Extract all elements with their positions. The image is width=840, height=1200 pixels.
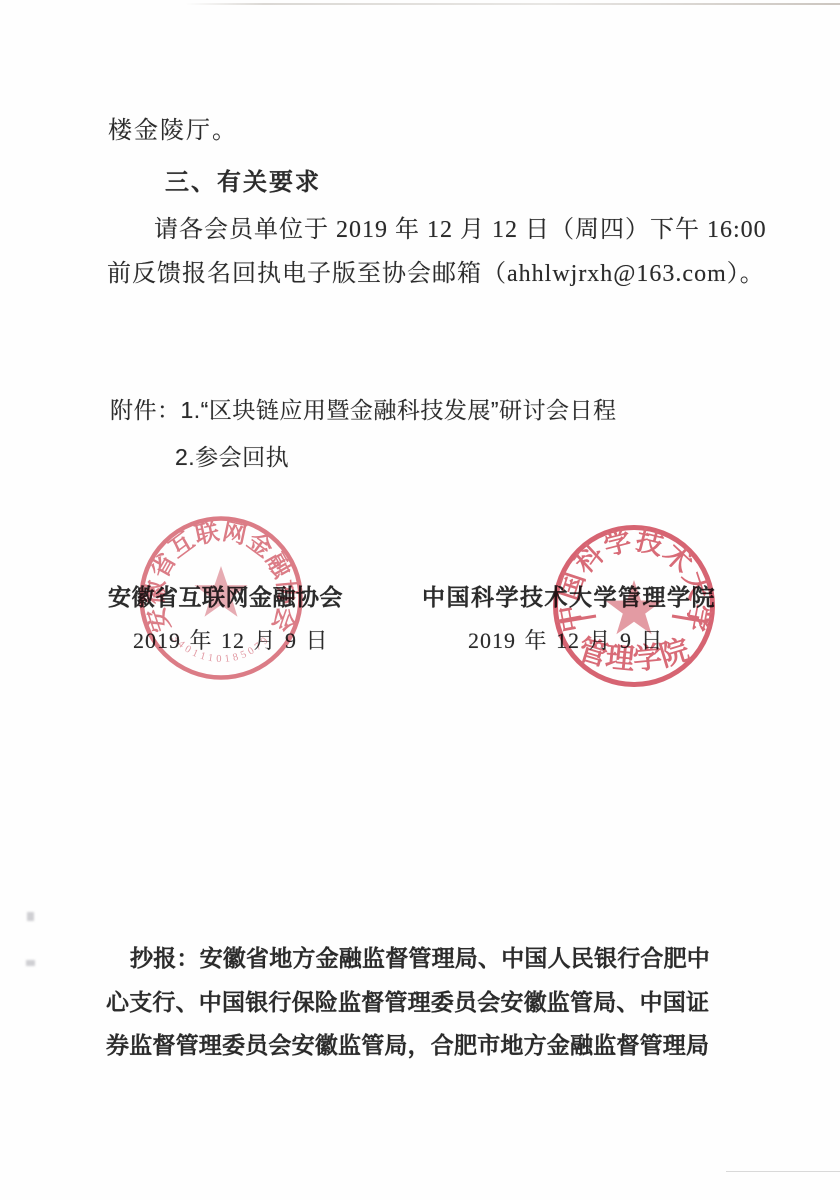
seal-star-icon bbox=[606, 580, 663, 634]
scan-line-artifact bbox=[726, 1171, 840, 1172]
attachment-line-2: 2.参会回执 bbox=[175, 443, 289, 472]
paragraph-line-2: 前反馈报名回执电子版至协会邮箱（ahhlwjrxh@163.com）。 bbox=[107, 259, 765, 289]
scan-speck-artifact bbox=[26, 960, 35, 966]
paragraph-tail-line: 楼金陵厅。 bbox=[108, 116, 238, 146]
cc-line-3: 券监督管理委员会安徽监管局，合肥市地方金融监督管理局 bbox=[106, 1031, 709, 1060]
cc-line-1: 抄报：安徽省地方金融监督管理局、中国人民银行合肥中 bbox=[130, 944, 710, 973]
paragraph-line-1: 请各会员单位于 2019 年 12 月 12 日（周四）下午 16:00 bbox=[154, 215, 767, 245]
scan-line-artifact bbox=[185, 3, 840, 5]
seal-star-icon bbox=[194, 566, 247, 617]
scan-speck-artifact bbox=[27, 912, 34, 921]
cc-line-2: 心支行、中国银行保险监督管理委员会安徽监管局、中国证 bbox=[106, 988, 709, 1017]
scanned-document-page: 楼金陵厅。 三、有关要求 请各会员单位于 2019 年 12 月 12 日（周四… bbox=[0, 0, 840, 1200]
association-seal-stamp: 安徽省互联网金融协会 3401110185079 bbox=[133, 510, 309, 686]
university-seal-stamp: 中国科学技术大学 管理学院 bbox=[546, 518, 722, 694]
seal-serial-number: 3401110185079 bbox=[169, 633, 273, 665]
attachment-line-1: 附件：1.“区块链应用暨金融科技发展”研讨会日程 bbox=[110, 396, 617, 425]
seal-bottom-text: 管理学院 bbox=[574, 633, 694, 676]
section-heading: 三、有关要求 bbox=[165, 168, 321, 198]
